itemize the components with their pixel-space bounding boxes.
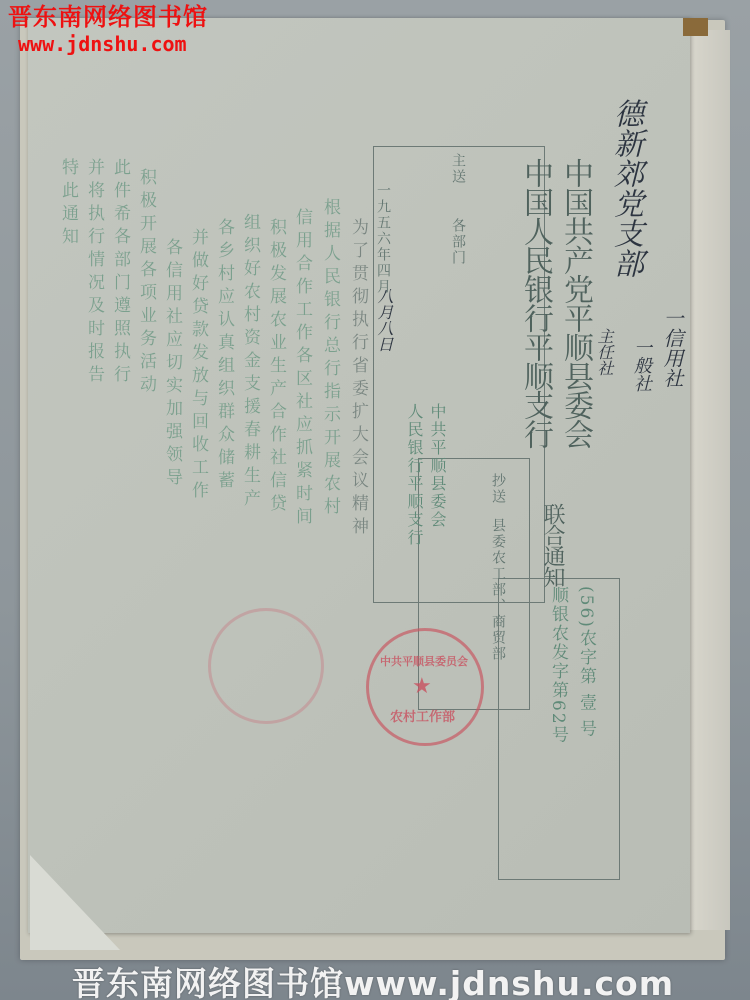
doc-number-1: (56)农字第 壹 号 (574, 586, 599, 866)
body-column: 积极发展农业生产合作社信贷 (264, 218, 289, 838)
document-page: 中国共产党平顺县委会 中国人民银行平顺支行 联合通知 (56)农字第 壹 号 顺… (28, 18, 690, 933)
cc-value: 县委农工部、商贸部 (488, 518, 508, 718)
body-column: 根据人民银行总行指示开展农村 (318, 198, 343, 798)
stacked-pages-edge (690, 30, 730, 930)
annotation-credit-coop: 一信用社 (658, 308, 687, 388)
body-column: 各信用社应切实加强领导 (160, 238, 185, 858)
recipients-value: 各部门 (448, 218, 468, 266)
doc-number-2: 顺银农发字第62号 (546, 586, 571, 866)
annotation-director: 主任社 (593, 328, 616, 376)
title-party-committee: 中国共产党平顺县委会 (558, 158, 592, 498)
document-subtitle: 联合通知 (535, 503, 569, 593)
body-column: 并做好贷款发放与回收工作 (186, 228, 211, 848)
annotation-general: 一般社 (628, 338, 654, 392)
seal-top-text: 中共平顺县委员会 (380, 653, 468, 669)
title-peoples-bank: 中国人民银行平顺支行 (518, 158, 552, 498)
handwritten-date: 八月八日 (373, 288, 396, 352)
issuer-committee: 中共平顺县委会 (426, 403, 449, 603)
seal-star-icon: ★ (412, 674, 432, 699)
body-column: 各乡村应认真组织群众储蓄 (212, 218, 237, 838)
seal-bottom-text: 农村工作部 (390, 706, 455, 725)
body-column: 信用合作工作各区社应抓紧时间 (290, 208, 315, 828)
watermark-top-url: www.jdnshu.com (8, 32, 208, 56)
handwritten-annotation: 德新郊党支部 (608, 98, 642, 278)
body-column: 组织好农村资金支援春耕生产 (238, 213, 263, 833)
watermark-top: 晋东南网络图书馆 www.jdnshu.com (8, 2, 208, 56)
faint-seal (208, 608, 324, 724)
folded-corner (30, 855, 120, 950)
recipients-label: 主送 (448, 153, 468, 185)
body-column: 积极开展各项业务活动 (134, 168, 159, 788)
cc-label: 抄送 (488, 473, 508, 505)
body-column: 此件希各部门遵照执行 (108, 158, 133, 778)
body-column: 并将执行情况及时报告 (82, 158, 107, 758)
watermark-top-name: 晋东南网络图书馆 (8, 2, 208, 32)
body-column: 特此通知 (56, 158, 81, 358)
binding-tab (683, 18, 708, 36)
watermark-bottom: 晋东南网络图书馆www.jdnshu.com (72, 958, 674, 1000)
issuer-bank: 人民银行平顺支行 (403, 403, 426, 603)
